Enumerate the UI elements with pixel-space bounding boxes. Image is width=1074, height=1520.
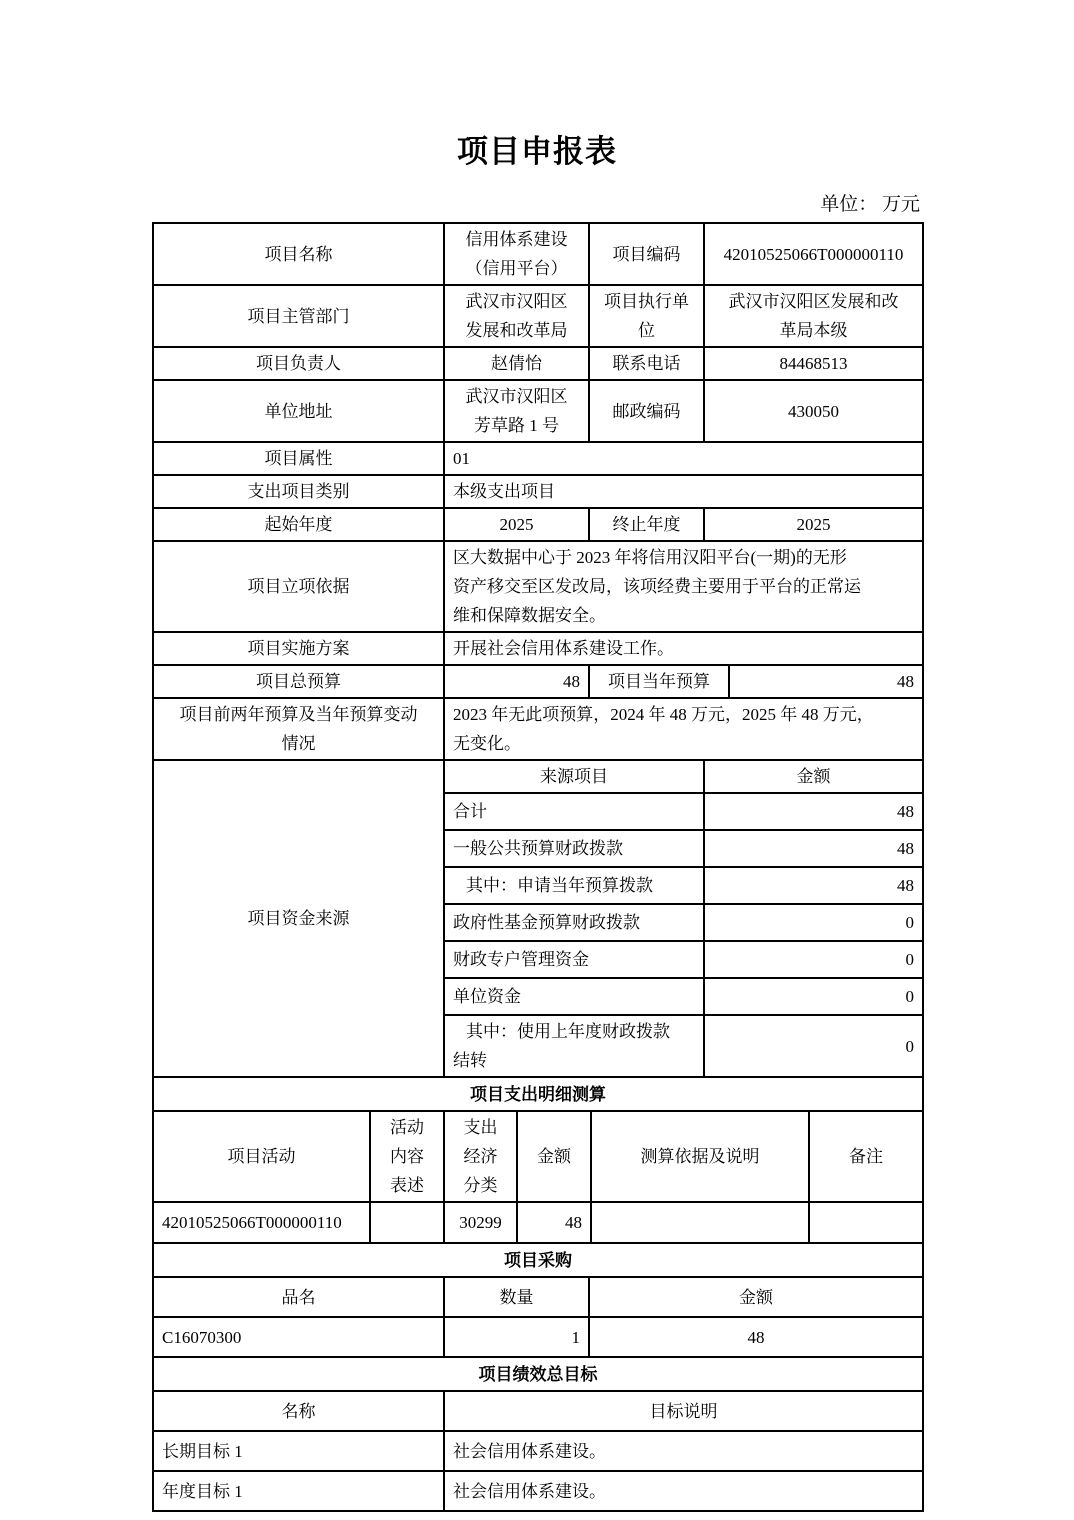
budget-table: 项目总预算 48 项目当年预算 48 项目前两年预算及当年预算变动 情况 202…	[152, 664, 924, 761]
end-year-value: 2025	[704, 508, 923, 541]
procurement-col-amount: 金额	[589, 1277, 923, 1317]
unit-address-label: 单位地址	[153, 380, 444, 442]
detail-col-activity: 项目活动	[153, 1111, 370, 1202]
prior-budget-change-label: 项目前两年预算及当年预算变动 情况	[153, 698, 444, 760]
unit-note: 单位： 万元	[152, 193, 920, 217]
funding-row-unit-fund-amount: 0	[704, 978, 923, 1015]
funding-row-general-budget-amount: 48	[704, 830, 923, 867]
project-attribute-label: 项目属性	[153, 442, 444, 475]
postcode-label: 邮政编码	[589, 380, 704, 442]
start-year-label: 起始年度	[153, 508, 444, 541]
executing-unit-value: 武汉市汉阳区发展和改 革局本级	[704, 285, 923, 347]
funding-source-label: 项目资金来源	[153, 760, 444, 1077]
project-leader-label: 项目负责人	[153, 347, 444, 380]
funding-amount-col-header: 金额	[704, 760, 923, 793]
unit-address-value: 武汉市汉阳区 芳草路 1 号	[444, 380, 589, 442]
phone-value: 84468513	[704, 347, 923, 380]
expense-category-label: 支出项目类别	[153, 475, 444, 508]
current-year-budget-value: 48	[729, 665, 923, 698]
supervisor-dept-label: 项目主管部门	[153, 285, 444, 347]
funding-row-government-fund-amount: 0	[704, 904, 923, 941]
detail-row-remark	[809, 1202, 923, 1243]
project-attribute-value: 01	[444, 442, 923, 475]
project-leader-value: 赵倩怡	[444, 347, 589, 380]
procurement-row-name: C16070300	[153, 1317, 444, 1357]
end-year-label: 终止年度	[589, 508, 704, 541]
funding-row-government-fund-name: 政府性基金预算财政拨款	[444, 904, 704, 941]
performance-goals-table: 项目绩效总目标 名称 目标说明 长期目标 1 社会信用体系建设。 年度目标 1 …	[152, 1356, 924, 1512]
project-basis-value: 区大数据中心于 2023 年将信用汉阳平台(一期)的无形 资产移交至区发改局，该…	[444, 541, 923, 632]
performance-row-annual-desc: 社会信用体系建设。	[444, 1471, 923, 1511]
performance-col-name: 名称	[153, 1391, 444, 1431]
detail-row-activity: 42010525066T000000110	[153, 1202, 370, 1243]
funding-row-current-year-appropriation-name: 其中：申请当年预算拨款	[444, 867, 704, 904]
implementation-plan-value: 开展社会信用体系建设工作。	[444, 632, 923, 665]
total-budget-value: 48	[444, 665, 589, 698]
document-page: 项目申报表 单位： 万元 项目名称 信用体系建设 （信用平台） 项目编码 420…	[0, 0, 1074, 1520]
supervisor-dept-value: 武汉市汉阳区 发展和改革局	[444, 285, 589, 347]
detail-col-econ-class: 支出 经济 分类	[444, 1111, 517, 1202]
procurement-section-title: 项目采购	[153, 1243, 923, 1277]
funding-row-carryover-amount: 0	[704, 1015, 923, 1077]
procurement-col-name: 品名	[153, 1277, 444, 1317]
funding-row-general-budget-name: 一般公共预算财政拨款	[444, 830, 704, 867]
phone-label: 联系电话	[589, 347, 704, 380]
detail-row-basis	[591, 1202, 809, 1243]
project-code-value: 42010525066T000000110	[704, 223, 923, 285]
detail-row-content	[370, 1202, 444, 1243]
expense-category-value: 本级支出项目	[444, 475, 923, 508]
detail-row-econ-class: 30299	[444, 1202, 517, 1243]
funding-row-total-name: 合计	[444, 793, 704, 830]
detail-col-basis: 测算依据及说明	[591, 1111, 809, 1202]
total-budget-label: 项目总预算	[153, 665, 444, 698]
expense-detail-section-title: 项目支出明细测算	[153, 1077, 923, 1111]
project-name-label: 项目名称	[153, 223, 444, 285]
prior-budget-change-value: 2023 年无此项预算，2024 年 48 万元，2025 年 48 万元， 无…	[444, 698, 923, 760]
funding-source-table: 项目资金来源 来源项目 金额 合计 48 一般公共预算财政拨款 48 其中：申请…	[152, 759, 924, 1078]
executing-unit-label: 项目执行单位	[589, 285, 704, 347]
procurement-table: 项目采购 品名 数量 金额 C16070300 1 48	[152, 1242, 924, 1358]
form-title: 项目申报表	[152, 133, 922, 171]
procurement-row-amount: 48	[589, 1317, 923, 1357]
implementation-plan-label: 项目实施方案	[153, 632, 444, 665]
performance-row-longterm-desc: 社会信用体系建设。	[444, 1431, 923, 1471]
detail-row-amount: 48	[517, 1202, 591, 1243]
start-year-value: 2025	[444, 508, 589, 541]
performance-row-longterm-name: 长期目标 1	[153, 1431, 444, 1471]
procurement-col-quantity: 数量	[444, 1277, 589, 1317]
detail-col-content: 活动 内容 表述	[370, 1111, 444, 1202]
expense-detail-table: 项目支出明细测算 项目活动 活动 内容 表述 支出 经济 分类 金额 测算依据及…	[152, 1076, 924, 1244]
project-code-label: 项目编码	[589, 223, 704, 285]
funding-row-carryover-name: 其中：使用上年度财政拨款 结转	[444, 1015, 704, 1077]
current-year-budget-label: 项目当年预算	[589, 665, 729, 698]
project-name-value: 信用体系建设 （信用平台）	[444, 223, 589, 285]
funding-row-unit-fund-name: 单位资金	[444, 978, 704, 1015]
funding-row-current-year-appropriation-amount: 48	[704, 867, 923, 904]
project-basis-label: 项目立项依据	[153, 541, 444, 632]
detail-col-amount: 金额	[517, 1111, 591, 1202]
basic-info-table: 项目名称 信用体系建设 （信用平台） 项目编码 42010525066T0000…	[152, 222, 924, 666]
funding-row-fiscal-account-amount: 0	[704, 941, 923, 978]
detail-col-remark: 备注	[809, 1111, 923, 1202]
performance-col-desc: 目标说明	[444, 1391, 923, 1431]
performance-section-title: 项目绩效总目标	[153, 1357, 923, 1391]
procurement-row-quantity: 1	[444, 1317, 589, 1357]
funding-source-col-header: 来源项目	[444, 760, 704, 793]
funding-row-total-amount: 48	[704, 793, 923, 830]
performance-row-annual-name: 年度目标 1	[153, 1471, 444, 1511]
postcode-value: 430050	[704, 380, 923, 442]
funding-row-fiscal-account-name: 财政专户管理资金	[444, 941, 704, 978]
